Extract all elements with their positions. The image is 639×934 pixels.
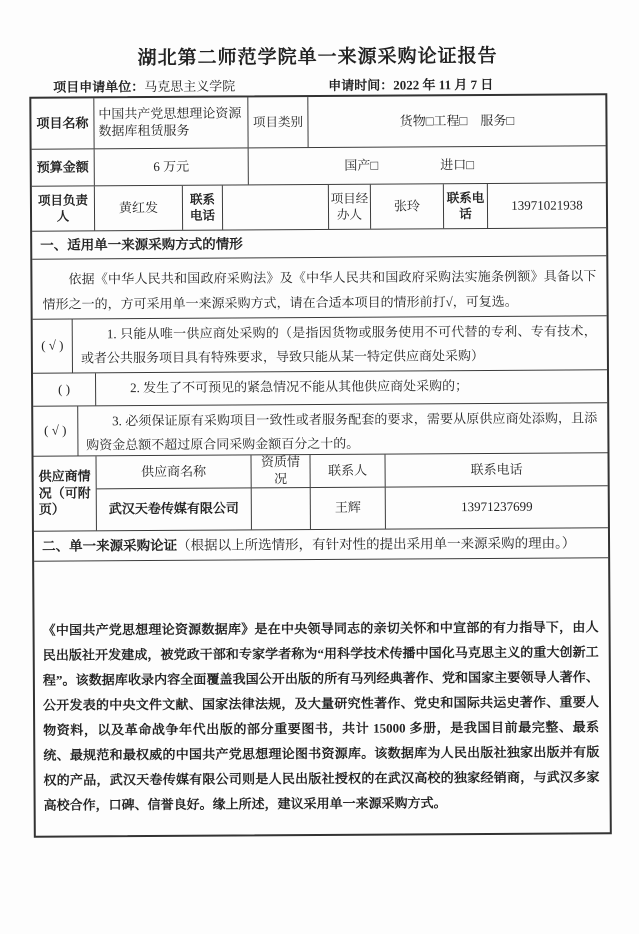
table-row: 项目名称 中国共产党思想理论资源数据库租赁服务 项目类别 货物□工程□ 服务□ [31,95,605,149]
project-name-value: 中国共产党思想理论资源数据库租赁服务 [93,97,247,148]
condition-text: 1. 只能从唯一供应商处采购的（是指因货物或服务使用不可代替的专利、专有技术，或… [73,316,607,370]
apply-time-value: 2022 年 11 月 7 日 [393,77,493,93]
supplier-contact-value: 王辉 [310,488,385,529]
handler-label: 项目经办人 [328,185,370,229]
budget-label: 预算金额 [32,149,94,185]
section2-argument-cell: 《中国共产党思想理论资源数据库》是在中央领导同志的亲切关怀和中宣部的有力指导下，… [34,558,610,836]
handler-phone-value: 13971021938 [487,183,606,228]
meta-line: 项目申请单位：马克思主义学院 申请时间：2022 年 11 月 7 日 [53,73,608,95]
section1-heading-row: 一、适用单一来源采购方式的情形 [32,227,606,259]
applicant-value: 马克思主义学院 [144,79,235,95]
document-title: 湖北第二师范学院单一来源采购论证报告 [0,40,637,71]
applicant-label: 项目申请单位： [53,79,144,95]
origin-options: 国产□ 进口□ [248,146,606,184]
supplier-section: 供应商情况（可附页） 供应商名称 资质情况 联系人 联系电话 武汉天卷传媒有限公… [33,452,607,531]
leader-phone-value [222,185,328,230]
section1-intro-text: 依据《中华人民共和国政府采购法》及《中华人民共和国政府采购法实施条例额》具备以下… [32,256,606,317]
supplier-header-row: 供应商名称 资质情况 联系人 联系电话 [97,453,608,488]
condition-checkmark: ( √ ) [33,320,72,373]
leader-phone-label: 联系电话 [182,186,222,230]
section2-heading: 二、单一来源采购论证 [42,537,177,555]
condition-text-cell: 1. 只能从唯一供应商处采购的（是指因货物或服务使用不可代替的专利、专有技术，或… [72,316,607,372]
category-label: 项目类别 [247,97,307,147]
category-options: 货物□工程□ 服务□ [307,95,605,147]
scanned-document-page: 湖北第二师范学院单一来源采购论证报告 项目申请单位：马克思主义学院 申请时间：2… [0,0,639,934]
apply-time: 申请时间：2022 年 11 月 7 日 [328,74,493,94]
origin-domestic-option: 国产□ [344,157,378,174]
supplier-contact-header: 联系人 [309,455,384,487]
condition-row: ( √ ) 1. 只能从唯一供应商处采购的（是指因货物或服务使用不可代替的专利、… [33,315,607,373]
supplier-qualification-value [251,488,310,529]
condition-checkmark: ( ) [33,373,95,405]
condition-text: 3. 必须保证原有采购项目一致性或者服务配套的要求，需要从原供应商处添购，且添购… [78,403,607,455]
supplier-phone-value: 13971237699 [385,486,608,528]
origin-import-option: 进口□ [440,157,474,174]
section1-intro-row: 依据《中华人民共和国政府采购法》及《中华人民共和国政府采购法实施条例额》具备以下… [32,255,606,319]
supplier-table: 供应商名称 资质情况 联系人 联系电话 武汉天卷传媒有限公司 王辉 139712… [96,453,608,530]
supplier-phone-header: 联系电话 [384,453,607,486]
handler-phone-label: 联系电话 [443,184,487,228]
supplier-name-value: 武汉天卷传媒有限公司 [97,488,251,530]
leader-label: 项目负责人 [32,186,94,230]
condition-text-cell: 2. 发生了不可预见的紧急情况不能从其他供应商处采购的； [95,370,607,405]
section2-heading-note: （根据以上所选情形，有针对性的提出采用单一来源采购的理由。） [177,534,575,554]
condition-text: 2. 发生了不可预见的紧急情况不能从其他供应商处采购的； [96,371,478,400]
table-row: 预算金额 6 万元 国产□ 进口□ [32,145,606,186]
supplier-qualification-header: 资质情况 [250,455,309,487]
document-sheet: 湖北第二师范学院单一来源采购论证报告 项目申请单位：马克思主义学院 申请时间：2… [0,0,639,934]
supplier-name-header: 供应商名称 [97,455,251,488]
supplier-data-row: 武汉天卷传媒有限公司 王辉 13971237699 [97,485,608,530]
apply-time-label: 申请时间： [328,78,393,93]
handler-name: 张玲 [370,184,443,228]
section2-argument-row: 《中国共产党思想理论资源数据库》是在中央领导同志的亲切关怀和中宣部的有力指导下，… [34,557,610,836]
leader-name: 黄红发 [94,186,182,231]
applicant-unit: 项目申请单位：马克思主义学院 [53,79,235,95]
section2-argument-text: 《中国共产党思想理论资源数据库》是在中央领导同志的亲切关怀和中宣部的有力指导下，… [34,558,610,818]
project-name-label: 项目名称 [31,98,93,148]
budget-value: 6 万元 [94,148,248,185]
condition-text-cell: 3. 必须保证原有采购项目一致性或者服务配套的要求，需要从原供应商处添购，且添购… [77,403,607,455]
supplier-section-label: 供应商情况（可附页） [34,456,96,530]
section2-heading-row: 二、单一来源采购论证（根据以上所选情形，有针对性的提出采用单一来源采购的理由。） [34,527,608,561]
condition-checkmark: ( √ ) [33,406,77,455]
section2-heading-cell: 二、单一来源采购论证（根据以上所选情形，有针对性的提出采用单一来源采购的理由。） [34,528,608,561]
report-form-table: 项目名称 中国共产党思想理论资源数据库租赁服务 项目类别 货物□工程□ 服务□ … [29,93,612,838]
condition-row: ( ) 2. 发生了不可预见的紧急情况不能从其他供应商处采购的； [33,369,607,406]
section1-heading: 一、适用单一来源采购方式的情形 [32,228,606,259]
section1-intro-cell: 依据《中华人民共和国政府采购法》及《中华人民共和国政府采购法实施条例额》具备以下… [32,256,606,319]
table-row: 项目负责人 黄红发 联系电话 项目经办人 张玲 联系电话 13971021938 [32,182,606,231]
condition-row: ( √ ) 3. 必须保证原有采购项目一致性或者服务配套的要求，需要从原供应商处… [33,402,607,456]
